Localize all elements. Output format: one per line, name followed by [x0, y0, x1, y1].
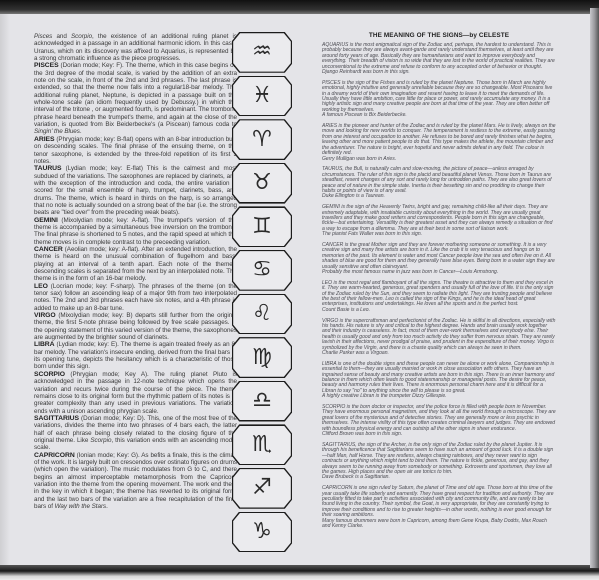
variation-name: ARIES — [34, 136, 55, 143]
variation-text: (Aeolian mode; key: A-flat). After an ex… — [34, 246, 237, 282]
leo-plate: ♌ — [232, 294, 292, 335]
variation-virgo: VIRGO (Mixolydian mode; key: B) departs … — [34, 312, 237, 341]
variation-scorpio: SCORPIO (Phrygian mode; Key A). The ruli… — [34, 371, 237, 415]
sign-musician-note: A famous Piscean is Bix Beiderbecke. — [322, 113, 556, 118]
sign-entry-aquarius: AQUARIUS is the most enigmatical sign of… — [322, 43, 556, 75]
aquarius-icon: ♒ — [252, 41, 272, 63]
variation-name: LEO — [34, 283, 48, 290]
virgo-maiden-icon: ♍ — [252, 347, 272, 369]
libra-plate: ♎ — [232, 381, 292, 422]
aries-plate: ♈ — [232, 119, 292, 160]
sign-entry-libra: LIBRA is one of the double signs and the… — [322, 362, 556, 400]
variation-gemini: GEMINI (Mixolydian mode; key: A-flat). T… — [34, 217, 237, 246]
italic-pisces: Pisces — [34, 33, 52, 40]
variation-name: VIRGO — [34, 312, 56, 319]
intro-text-1: and — [52, 33, 71, 40]
variation-text: (Phrygian mode; Key A). The ruling plane… — [34, 371, 237, 415]
aries-ram-icon: ♈ — [252, 129, 272, 151]
taurus-plate: ♉ — [232, 163, 292, 204]
variation-italic: Way with the Stars — [55, 503, 106, 510]
bottom-border — [0, 565, 599, 580]
sign-entry-aries: ARIES is the pioneer and hunter of the Z… — [322, 124, 556, 162]
variation-text: (Locrian mode; key: F-sharp). The phrase… — [34, 283, 237, 312]
intro-paragraph: Pisces and Scorpio, the existence of an … — [34, 33, 237, 62]
gemini-plate: ♊ — [232, 206, 292, 247]
variation-text: (Mixolydian mode; key: A-flat). The trum… — [34, 217, 237, 246]
sign-description: CAPRICORN is one sign ruled by Saturn, t… — [322, 486, 556, 518]
gemini-twins-icon: ♊ — [252, 216, 272, 238]
variation-taurus: TAURUS (Lydian mode; key: E-flat) This i… — [34, 165, 237, 216]
leo-lion-icon: ♌ — [252, 303, 272, 325]
variation-name: LIBRA — [34, 341, 55, 348]
sign-musician-note: Clifford Brown was born in this sign. — [322, 432, 556, 437]
variation-tail: . — [106, 503, 108, 510]
variation-italic: Scorpio — [90, 437, 111, 444]
sign-description: PISCES is the sign of the Fishes and is … — [322, 81, 556, 113]
sign-entry-scorpio: SCORPIO is the born doctor or inspector,… — [322, 405, 556, 437]
sign-entry-gemini: GEMINI is the sign of the Heavenly Twins… — [322, 205, 556, 237]
italic-scorpio: Scorpio — [71, 33, 92, 40]
pisces-plate: ♓ — [232, 76, 292, 117]
sign-musician-note: Dave Brubeck is a Sagittarian. — [322, 475, 556, 480]
sign-musician-note: Gerry Mulligan was born in Aries. — [322, 157, 556, 162]
variations-notes-column: Pisces and Scorpio, the existence of an … — [34, 33, 237, 510]
libra-scales-icon: ♎ — [252, 390, 272, 412]
sagittarius-archer-icon: ♐ — [252, 477, 272, 499]
sign-musician-note: Probably the most famous name in jazz wa… — [322, 270, 556, 275]
aquarius-plate: ♒ — [232, 32, 292, 73]
pisces-fish-icon: ♓ — [252, 85, 272, 107]
variation-text: (Lydian mode; key: E-flat) This is the c… — [34, 165, 237, 216]
variation-libra: LIBRA (Lydian mode; key: E). The theme i… — [34, 341, 237, 370]
variation-name: TAURUS — [34, 165, 62, 172]
capricorn-goat-icon: ♑ — [252, 521, 272, 543]
variation-capricorn: CAPRICORN (Ionian mode; Key: G). As befi… — [34, 452, 237, 511]
sign-description: TAURUS, the Bull, is naturally calm and … — [322, 167, 556, 194]
sign-musician-note: Duke Ellington is a Taurean. — [322, 194, 556, 199]
sign-musician-note: Count Basie is a Leo. — [322, 308, 556, 313]
sign-description: LEO is the most regal and flamboyant of … — [322, 281, 556, 308]
cancer-crab-icon: ♋ — [252, 259, 272, 281]
variation-aries: ARIES (Phrygian mode; key: B-flat) opens… — [34, 136, 237, 165]
sign-entry-cancer: CANCER is the great Mother sign and they… — [322, 243, 556, 275]
virgo-plate: ♍ — [232, 337, 292, 378]
variation-cancer: CANCER (Aeolian mode; key: A-flat). Afte… — [34, 246, 237, 283]
sign-musician-note: Many famous drummers were born in Capric… — [322, 519, 556, 530]
sign-musician-note: A highly creative Libran is the trumpete… — [322, 394, 556, 399]
sheet-right-edge — [590, 8, 599, 568]
variation-text: (Ionian mode; Key: G). As befits a final… — [34, 452, 237, 510]
variation-pisces: PISCES (Dorian mode; Key: F). The theme,… — [34, 62, 237, 135]
variation-text: (Mixolydian mode; key: B) departs still … — [34, 312, 237, 341]
variation-text: (Lydian mode; key: E). The theme is agai… — [34, 341, 237, 370]
signs-meaning-column: AQUARIUS is the most enigmatical sign of… — [322, 43, 556, 535]
variation-name: CAPRICORN — [34, 452, 75, 459]
cancer-plate: ♋ — [232, 250, 292, 291]
sign-musician-note: Charlie Parker was a Virgoan. — [322, 351, 556, 356]
variation-text: (Dorian mode; Key: F). The theme, which … — [34, 62, 237, 128]
taurus-bull-icon: ♉ — [252, 172, 272, 194]
scorpio-scorpion-icon: ♏ — [252, 434, 272, 456]
sign-description: ARIES is the pioneer and hunter of the Z… — [322, 124, 556, 156]
sign-entry-capricorn: CAPRICORN is one sign ruled by Saturn, t… — [322, 486, 556, 529]
sign-description: CANCER is the great Mother sign and they… — [322, 243, 556, 270]
sign-entry-virgo: VIRGO is the supercraftsman and perfecti… — [322, 319, 556, 357]
variation-sagittarius: SAGITTARIUS (Dorian mode; Key: D). This,… — [34, 415, 237, 452]
signs-meaning-title: THE MEANING OF THE SIGNS—by CELESTE — [322, 32, 556, 39]
variation-name: SCORPIO — [34, 371, 65, 378]
capricorn-plate: ♑ — [232, 512, 292, 553]
variation-leo: LEO (Locrian mode; key: F-sharp). The ph… — [34, 283, 237, 312]
sign-description: VIRGO is the supercraftsman and perfecti… — [322, 319, 556, 351]
sign-musician-note: Django Reinhardt was born in this sign. — [322, 70, 556, 75]
variation-text: (Phrygian mode; key: B-flat) opens with … — [34, 136, 237, 165]
zodiac-illustrations-column: ♒ ♓ ♈ ♉ ♊ ♋ ♌ ♍ ♎ ♏ ♐ ♑ — [232, 32, 296, 555]
sign-description: SCORPIO is the born doctor or inspector,… — [322, 405, 556, 432]
variation-name: CANCER — [34, 246, 63, 253]
variation-name: SAGITTARIUS — [34, 415, 79, 422]
sign-description: SAGITTARIUS, the sign of the Archer, is … — [322, 443, 556, 475]
variation-name: GEMINI — [34, 217, 58, 224]
sign-entry-pisces: PISCES is the sign of the Fishes and is … — [322, 81, 556, 119]
variation-italic: Singin' the Blues — [34, 128, 80, 135]
sign-musician-note: The pianist Fats Waller was born in this… — [322, 232, 556, 237]
sheet-left-edge — [0, 12, 10, 566]
top-border — [0, 0, 599, 14]
sign-entry-sagittarius: SAGITTARIUS, the sign of the Archer, is … — [322, 443, 556, 481]
scorpio-plate: ♏ — [232, 424, 292, 465]
variation-tail: . — [80, 128, 82, 135]
sign-description: AQUARIUS is the most enigmatical sign of… — [322, 43, 556, 70]
sign-entry-taurus: TAURUS, the Bull, is naturally calm and … — [322, 167, 556, 199]
variation-name: PISCES — [34, 62, 59, 69]
sign-description: LIBRA is one of the double signs and the… — [322, 362, 556, 394]
sagittarius-plate: ♐ — [232, 468, 292, 509]
sign-entry-leo: LEO is the most regal and flamboyant of … — [322, 281, 556, 313]
sign-description: GEMINI is the sign of the Heavenly Twins… — [322, 205, 556, 232]
